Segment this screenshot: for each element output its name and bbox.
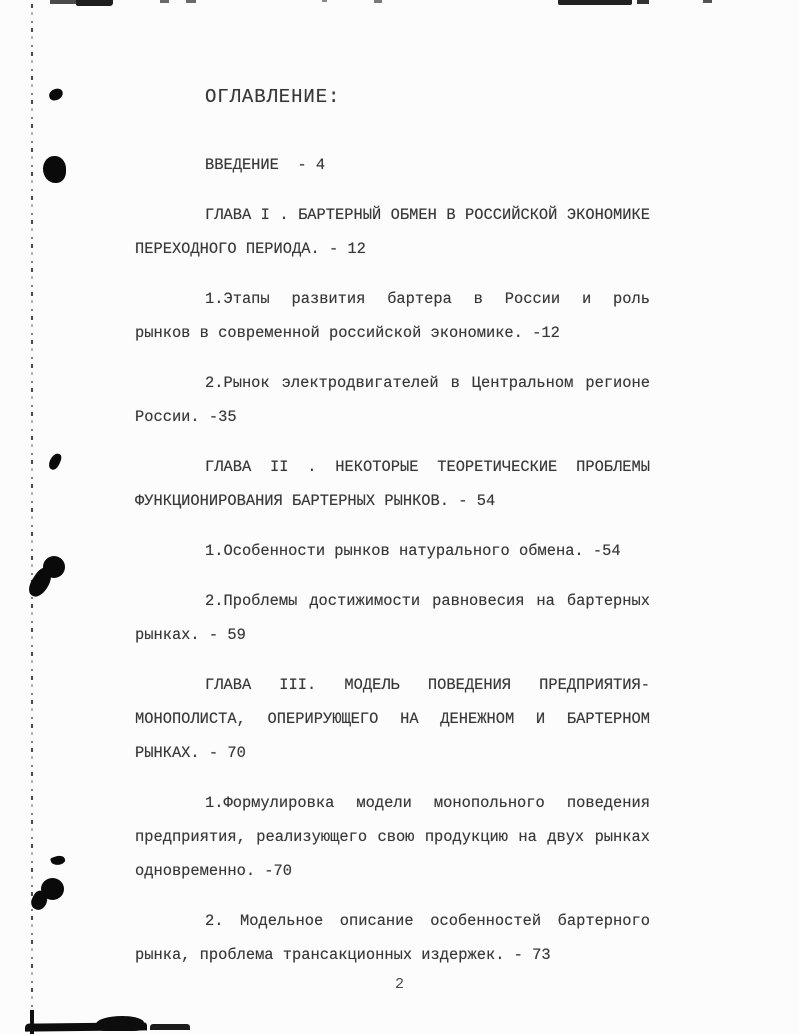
toc-line: России. -35 bbox=[135, 400, 650, 434]
toc-line: 1.Этапы развития бартера в России и роль… bbox=[135, 282, 650, 316]
toc-line: ГЛАВА I . БАРТЕРНЫЙ ОБМЕН В РОССИЙСКОЙ Э… bbox=[135, 198, 650, 232]
toc-line: ГЛАВА II . НЕКОТОРЫЕ ТЕОРЕТИЧЕСКИЕ ПРОБЛ… bbox=[135, 450, 650, 484]
scan-mark-bottom bbox=[150, 1024, 190, 1030]
table-of-contents: ОГЛАВЛЕНИЕ: ВВЕДЕНИЕ - 4ГЛАВА I . БАРТЕР… bbox=[135, 80, 650, 972]
toc-paragraph: ГЛАВА II . НЕКОТОРЫЕ ТЕОРЕТИЧЕСКИЕ ПРОБЛ… bbox=[135, 450, 650, 518]
toc-line: 1.Формулировка модели монопольного повед… bbox=[135, 786, 650, 820]
toc-line: одновременно. -70 bbox=[135, 854, 650, 888]
ink-blot bbox=[47, 452, 63, 472]
toc-paragraph: ВВЕДЕНИЕ - 4 bbox=[135, 148, 650, 182]
scan-mark-top bbox=[76, 0, 113, 6]
toc-line: 2.Рынок электродвигателей в Центральном … bbox=[135, 366, 650, 400]
ink-blot bbox=[50, 854, 66, 867]
toc-line: предприятия, реализующего свою продукцию… bbox=[135, 820, 650, 854]
scan-mark-bottom bbox=[96, 1016, 144, 1031]
toc-paragraph: 1.Этапы развития бартера в России и роль… bbox=[135, 282, 650, 350]
toc-paragraph: 2.Рынок электродвигателей в Центральном … bbox=[135, 366, 650, 434]
scan-mark-top bbox=[50, 0, 77, 4]
toc-paragraph: 2. Модельное описание особенностей барте… bbox=[135, 904, 650, 972]
toc-line: 2. Модельное описание особенностей барте… bbox=[135, 904, 650, 938]
toc-line: 2.Проблемы достижимости равновесия на ба… bbox=[135, 584, 650, 618]
toc-line: ПЕРЕХОДНОГО ПЕРИОДА. - 12 bbox=[135, 232, 650, 266]
toc-paragraph: 1.Формулировка модели монопольного повед… bbox=[135, 786, 650, 888]
toc-line: рынках. - 59 bbox=[135, 618, 650, 652]
toc-paragraph: 2.Проблемы достижимости равновесия на ба… bbox=[135, 584, 650, 652]
ink-blot bbox=[48, 87, 64, 101]
ink-blot bbox=[43, 156, 66, 183]
toc-line: МОНОПОЛИСТА, ОПЕРИРУЮЩЕГО НА ДЕНЕЖНОМ И … bbox=[135, 702, 650, 736]
toc-paragraph: ГЛАВА I . БАРТЕРНЫЙ ОБМЕН В РОССИЙСКОЙ Э… bbox=[135, 198, 650, 266]
scan-mark-top bbox=[637, 0, 649, 4]
scan-mark-top bbox=[322, 0, 327, 2]
toc-line: ГЛАВА III. МОДЕЛЬ ПОВЕДЕНИЯ ПРЕДПРИЯТИЯ- bbox=[135, 668, 650, 702]
toc-line: 1.Особенности рынков натурального обмена… bbox=[135, 534, 650, 568]
page-number: 2 bbox=[0, 976, 799, 993]
toc-line: ВВЕДЕНИЕ - 4 bbox=[135, 148, 650, 182]
scan-mark-top bbox=[558, 0, 632, 5]
toc-line: ФУНКЦИОНИРОВАНИЯ БАРТЕРНЫХ РЫНКОВ. - 54 bbox=[135, 484, 650, 518]
scanned-page: ОГЛАВЛЕНИЕ: ВВЕДЕНИЕ - 4ГЛАВА I . БАРТЕР… bbox=[0, 0, 799, 1034]
toc-line: РЫНКАХ. - 70 bbox=[135, 736, 650, 770]
scan-mark-top bbox=[703, 0, 712, 3]
toc-paragraph: ГЛАВА III. МОДЕЛЬ ПОВЕДЕНИЯ ПРЕДПРИЯТИЯ-… bbox=[135, 668, 650, 770]
toc-title: ОГЛАВЛЕНИЕ: bbox=[135, 80, 650, 114]
toc-line: рынка, проблема трансакционных издержек.… bbox=[135, 938, 650, 972]
toc-line: рынков в современной российской экономик… bbox=[135, 316, 650, 350]
toc-paragraph: 1.Особенности рынков натурального обмена… bbox=[135, 534, 650, 568]
scan-mark-top bbox=[186, 0, 196, 3]
scan-mark-top bbox=[160, 0, 169, 3]
scan-mark-top bbox=[374, 0, 382, 3]
left-margin-dashed-line bbox=[31, 4, 33, 1034]
toc-body: ВВЕДЕНИЕ - 4ГЛАВА I . БАРТЕРНЫЙ ОБМЕН В … bbox=[135, 148, 650, 972]
